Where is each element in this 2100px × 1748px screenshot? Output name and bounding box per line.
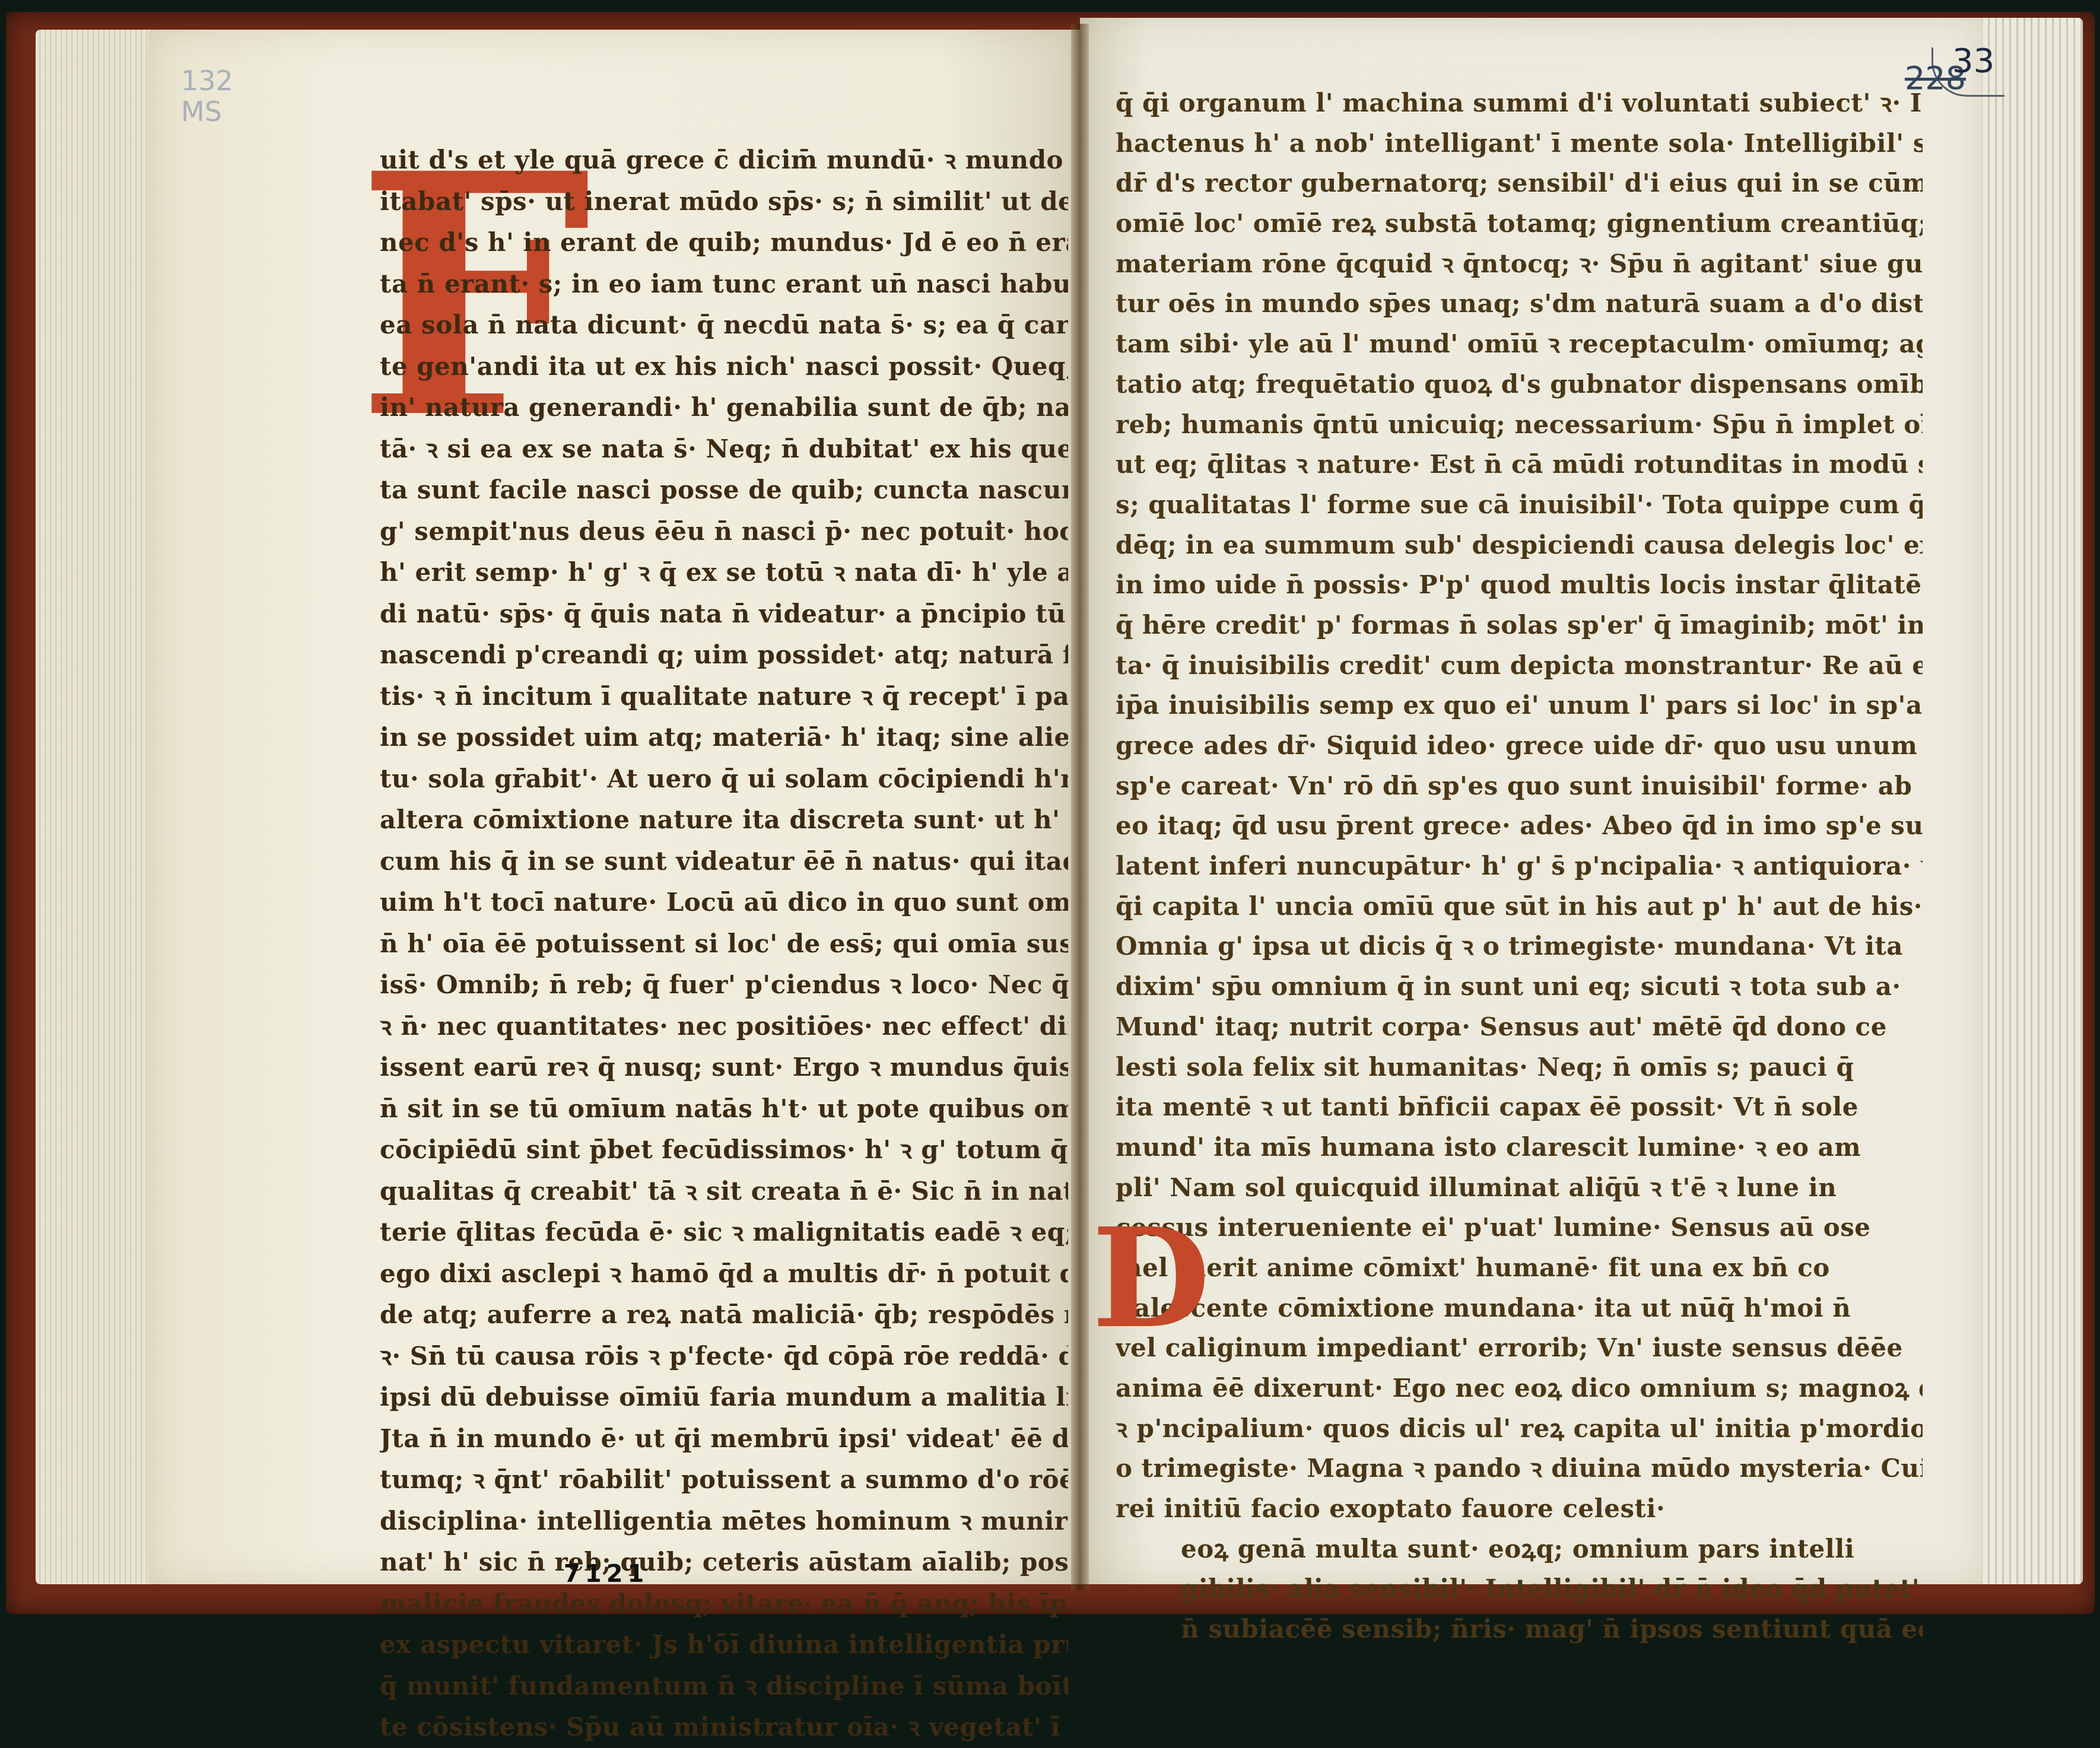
manuscript-line: rei initiū facio exoptato fauore celesti… — [1116, 1489, 1923, 1529]
manuscript-line: Omnia g' ipsa ut dicis q̄ ꝛ o trimegiste… — [1116, 926, 1923, 967]
manuscript-line: cessus interueniente ei' p'uat' lumine· … — [1116, 1207, 1923, 1248]
right-text-column: q̄ q̄i organum l' machina summi d'i volu… — [1116, 83, 1923, 1625]
manuscript-line: issent earū reꝛ q̄ nusq; sunt· Ergo ꝛ mu… — [380, 1047, 1068, 1088]
manuscript-line: sp'e careat· Vn' rō dn̄ sp'es quo sunt i… — [1116, 766, 1923, 806]
pencil-folio-line: MS — [181, 96, 233, 127]
pencil-folio-line: 132 — [181, 65, 233, 96]
manuscript-line: ta n̄ erant· s; in eo iam tunc erant un̄… — [380, 263, 1068, 305]
manuscript-line: n̄ h' oīa ēē potuissent si loc' de ess̄;… — [380, 923, 1068, 965]
manuscript-line: cōcipiēdū sint p̄bet fecūdissimos· h' ꝛ … — [380, 1129, 1068, 1171]
manuscript-line: in se possidet uim atq; materiā· h' itaq… — [380, 717, 1068, 758]
left-text-column: uit d's et yle quā grece c̄ dicim̄ mundū… — [380, 139, 1068, 1625]
manuscript-line: mund' ita mīs humana isto clarescit lumi… — [1116, 1127, 1923, 1168]
manuscript-line: in imo uide n̄ possis· P'p' quod multis … — [1116, 565, 1923, 605]
manuscript-line: Jta n̄ in mundo ē· ut q̄i membrū ipsi' v… — [380, 1418, 1068, 1460]
manuscript-line: ipsi dū debuisse oīmiū faria mundum a ma… — [380, 1377, 1068, 1418]
manuscript-line: ip̄a inuisibilis semp ex quo ei' unum l'… — [1116, 685, 1923, 726]
shelfmark: 7121 — [564, 1561, 649, 1588]
manuscript-line: n̄ subiacēē sensib; n̄ris· mag' n̄ ipsos… — [1116, 1609, 1923, 1625]
manuscript-line: ego dixi asclepi ꝛ hamō q̄d a multis dr̄… — [380, 1253, 1068, 1295]
manuscript-line: hactenus h' a nob' intelligant' ī mente … — [1116, 123, 1923, 164]
manuscript-line: q̄i capita l' uncia omīū que sūt in his … — [1116, 886, 1923, 927]
manuscript-line: Mund' itaq; nutrit corpa· Sensus aut' mē… — [1116, 1007, 1923, 1047]
manuscript-line: iss̄· Omnib; n̄ reb; q̄ fuer' p'ciendus … — [380, 964, 1068, 1006]
left-page-edges — [36, 30, 154, 1584]
manuscript-line: h' erit semp· h' g' ꝛ q̄ ex se totū ꝛ na… — [380, 552, 1068, 593]
illuminated-initial-d: D — [1092, 1210, 1210, 1347]
gutter — [1071, 24, 1089, 1590]
manuscript-line: uim h't tocī nature· Locū aū dico in quo… — [380, 882, 1068, 923]
pencil-folio-mark: 132 MS — [181, 65, 233, 127]
manuscript-line: tur oēs in mundo sp̄es unaq; s'dm naturā… — [1116, 284, 1923, 324]
manuscript-line: tam sibi· yle aū l' mund' omīū ꝛ recepta… — [1116, 324, 1923, 364]
manuscript-line: o trimegiste· Magna ꝛ pando ꝛ diuina mūd… — [1116, 1448, 1923, 1489]
manuscript-line: materiam rōne q̄cquid ꝛ q̄ntocq; ꝛ· Sp̄u… — [1116, 244, 1923, 284]
manuscript-line: malicie fraudes dolosq; vitare· ea n̄ q̄… — [380, 1583, 1068, 1625]
manuscript-line: itabat' sp̄s· ut inerat mūdo sp̄s· s; n̄… — [380, 181, 1068, 223]
manuscript-line: tu· sola gr̄abit'· At uero q̄ ui solam c… — [380, 758, 1068, 800]
manuscript-line: dixim' sp̄u omnium q̄ in sunt uni eq; si… — [1116, 967, 1923, 1007]
manuscript-line: mel fuerit anime cōmixt' humanē· fit una… — [1116, 1248, 1923, 1288]
manuscript-line: pli' Nam sol quicquid illuminat aliq̄ū ꝛ… — [1116, 1168, 1923, 1208]
manuscript-line: dr̄ d's rector gubernatorq; sensibil' d'… — [1116, 163, 1923, 204]
manuscript-line: eoꝝ genā multa sunt· eoꝝq; omnium pars i… — [1116, 1529, 1923, 1569]
manuscript-line: n̄ sit in se tū omīum natās h't· ut pote… — [380, 1088, 1068, 1130]
manuscript-line: tā· ꝛ si ea ex se nata s̄· Neq; n̄ dubit… — [380, 428, 1068, 470]
manuscript-line: qualitas q̄ creabit' tā ꝛ sit creata n̄ … — [380, 1171, 1068, 1212]
manuscript-line: de atq; auferre a reꝝ natā maliciā· q̄b;… — [380, 1294, 1068, 1336]
manuscript-line: disciplina· intelligentia mētes hominum … — [380, 1501, 1068, 1542]
manuscript-line: reb; humanis q̄ntū unicuiq; necessarium·… — [1116, 405, 1923, 445]
manuscript-line: grece ades dr̄· Siquid ideo· grece uide … — [1116, 726, 1923, 766]
manuscript-line: uit d's et yle quā grece c̄ dicim̄ mundū… — [380, 139, 1068, 181]
manuscript-line: eo itaq; q̄d usu p̄rent grece· ades· Abe… — [1116, 806, 1923, 846]
manuscript-line: terie q̄litas fecūda ē· sic ꝛ malignitat… — [380, 1212, 1068, 1253]
manuscript-line: nascendi p'creandi q; uim possidet· atq;… — [380, 634, 1068, 676]
manuscript-line: ta sunt facile nasci posse de quib; cunc… — [380, 469, 1068, 511]
manuscript-line: di natū· sp̄s· q̄ q̄uis nata n̄ videatur… — [380, 593, 1068, 635]
manuscript-line: vel caliginum impediant' errorib; Vn' iu… — [1116, 1328, 1923, 1368]
manuscript-line: te gen'andi ita ut ex his nich' nasci po… — [380, 346, 1068, 387]
manuscript-line: cum his q̄ in se sunt videatur ēē n̄ nat… — [380, 841, 1068, 882]
manuscript-line: latent inferi nuncupātur· h' g' s̄ p'nci… — [1116, 846, 1923, 886]
manuscript-line: ꝛ· Sn̄ tū causa rōis ꝛ p'fecte· q̄d cōpā… — [380, 1336, 1068, 1377]
manuscript-line: q̄ hēre credit' p' formas n̄ solas sp'er… — [1116, 605, 1923, 646]
manuscript-line: q̄ q̄i organum l' machina summi d'i volu… — [1116, 83, 1923, 123]
manuscript-line: tumq; ꝛ q̄nt' rōabilit' potuissent a sum… — [380, 1459, 1068, 1501]
folio-number: 33 — [1952, 42, 1994, 80]
manuscript-line: gibilis· alia sensibil'· Intelligibil' d… — [1116, 1569, 1923, 1609]
manuscript-line: nat' h' sic n̄ reb; quib; ceteris aūstam… — [380, 1542, 1068, 1583]
manuscript-line: g' sempit'nus deus ēēu n̄ nasci p̄· nec … — [380, 511, 1068, 552]
manuscript-line: in' natura generandi· h' genabilia sunt … — [380, 387, 1068, 428]
manuscript-line: ea sola n̄ nata dicunt· q̄ necdū nata s̄… — [380, 304, 1068, 346]
manuscript-line: halescente cōmixtione mundana· ita ut nū… — [1116, 1288, 1923, 1329]
manuscript-line: dēq; in ea summum sub' despiciendi causa… — [1116, 525, 1923, 565]
manuscript-line: ita mentē ꝛ ut tanti bn̄ficii capax ēē p… — [1116, 1087, 1923, 1127]
manuscript-line: ta· q̄ inuisibilis credit' cum depicta m… — [1116, 646, 1923, 686]
manuscript-line: altera cōmixtione nature ita discreta su… — [380, 799, 1068, 841]
manuscript-line: tatio atq; frequētatio quoꝝ d's gubnator… — [1116, 364, 1923, 405]
right-page-edges — [1976, 18, 2083, 1584]
manuscript-line: ꝛ n̄· nec quantitates· nec positiōes· ne… — [380, 1006, 1068, 1047]
manuscript-line: omīē loc' omīē reꝝ substā totamq; gignen… — [1116, 204, 1923, 244]
manuscript-line: ꝛ p'ncipalium· quos dicis ul' reꝝ capita… — [1116, 1409, 1923, 1449]
manuscript-line: lesti sola felix sit humanitas· Neq; n̄ … — [1116, 1047, 1923, 1088]
manuscript-line: anima ēē dixerunt· Ego nec eoꝝ dico omni… — [1116, 1368, 1923, 1409]
manuscript-line: nec d's h' in erant de quib; mundus· Jd … — [380, 222, 1068, 263]
manuscript-photo: 132 MS F uit d's et yle quā grece c̄ dic… — [0, 0, 2100, 1625]
manuscript-line: ut eq; q̄litas ꝛ nature· Est n̄ cā mūdi … — [1116, 444, 1923, 485]
manuscript-line: tis· ꝛ n̄ incitum ī qualitate nature ꝛ q… — [380, 676, 1068, 717]
manuscript-line: s; qualitatas l' forme sue cā inuisibil'… — [1116, 485, 1923, 525]
